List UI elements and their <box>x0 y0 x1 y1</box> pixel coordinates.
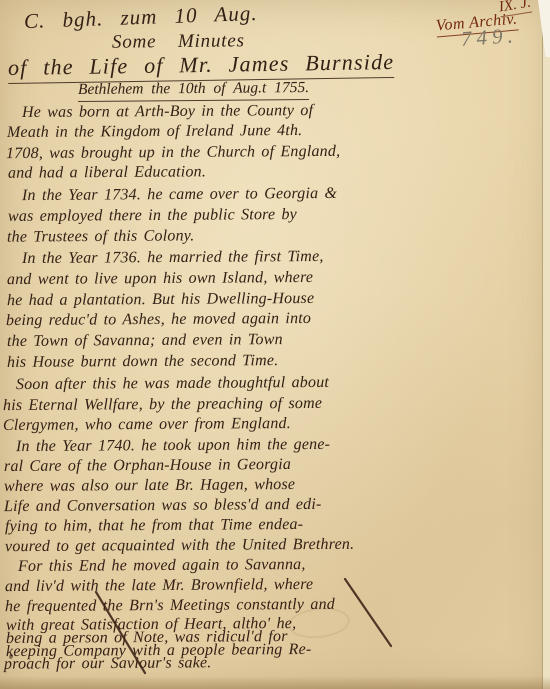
manuscript-line: the Trustees of this Colony. <box>7 228 194 245</box>
manuscript-line: 1708, was brought up in the Church of En… <box>6 144 340 162</box>
title-line-3: Bethlehem the 10th of Aug.t 1755. <box>78 79 309 102</box>
manuscript-line: He was born at Arth-Boy in the County of <box>22 103 313 121</box>
manuscript-page: C. bgh. zum 10 Aug. IX. J. Vom Archiv. 7… <box>0 0 550 689</box>
manuscript-line: Clergymen, who came over from England. <box>3 416 291 434</box>
manuscript-line: and had a liberal Education. <box>8 164 206 181</box>
manuscript-line: Soon after this he was made thoughtful a… <box>16 375 329 393</box>
manuscript-line: his Eternal Wellfare, by the preaching o… <box>3 396 322 414</box>
manuscript-line: he had a plantation. But his Dwelling-Ho… <box>7 291 314 309</box>
manuscript-line: ral Care of the Orphan-House in Georgia <box>4 457 291 475</box>
title-line-2: of the Life of Mr. James Burnside <box>8 49 395 84</box>
manuscript-line: In the Year 1734. he came over to Georgi… <box>22 186 337 204</box>
manuscript-line: For this End he moved again to Savanna, <box>18 557 306 575</box>
manuscript-line: his House burnt down the second Time. <box>7 353 279 371</box>
manuscript-line: Meath in the Kingdom of Ireland June 4th… <box>7 123 302 141</box>
manuscript-line: fying to him, that he from that Time end… <box>5 517 303 535</box>
title-line-1: Some Minutes <box>112 30 245 53</box>
manuscript-line: In the Year 1736. he married the first T… <box>22 249 324 267</box>
paper-right-edge <box>542 0 550 689</box>
catalog-number-pencil: 749. <box>460 23 518 52</box>
manuscript-line: Life and Conversation was so bless'd and… <box>4 497 322 515</box>
manuscript-line: voured to get acquainted with the United… <box>5 537 354 555</box>
manuscript-line: In the Year 1740. he took upon him the g… <box>16 437 330 455</box>
manuscript-line: where was also our late Br. Hagen, whose <box>4 477 295 495</box>
manuscript-line: proach for our Saviour's sake. <box>4 655 212 672</box>
manuscript-line: being reduc'd to Ashes, he moved again i… <box>6 311 311 329</box>
manuscript-line: and went to live upon his own Island, wh… <box>7 270 313 288</box>
manuscript-line: was employed there in the public Store b… <box>8 207 297 225</box>
manuscript-line: the Town of Savanna; and even in Town <box>7 332 283 350</box>
paper-bottom-shadow <box>0 676 550 689</box>
manuscript-line: he frequented the Brn's Meetings constan… <box>5 597 335 615</box>
manuscript-line: and liv'd with the late Mr. Brownfield, … <box>5 577 313 595</box>
header-annotation: C. bgh. zum 10 Aug. <box>24 1 258 34</box>
